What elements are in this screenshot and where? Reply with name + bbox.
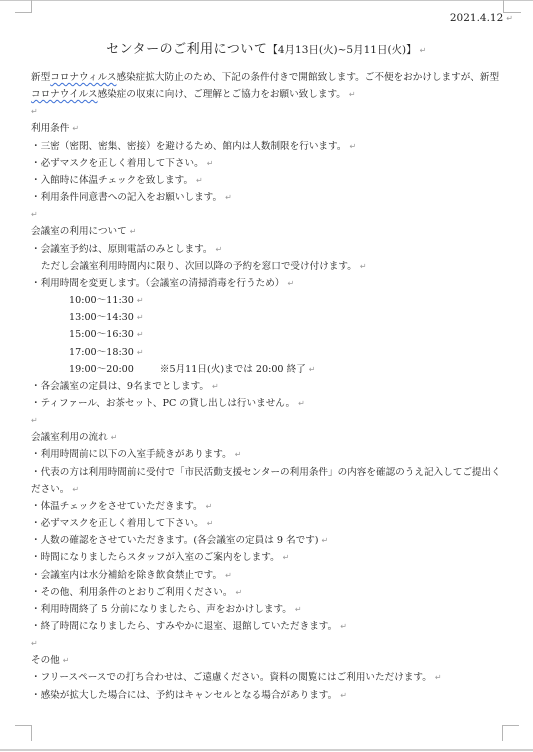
paragraph-mark-icon: ↵: [130, 227, 137, 236]
date-text: 2021.4.12: [450, 12, 503, 24]
list-item-text: ・会議室内は水分補給を除き飲食禁止です。: [31, 570, 222, 581]
time-slot-text: 13:00～14:30: [69, 312, 134, 323]
heading-text: 利用条件: [31, 123, 69, 134]
intro-line-2: コロナウイルス感染症の収束に向け、ご理解とご協力をお願い致します。↵: [31, 86, 511, 103]
list-item: ・必ずマスクを正しく着用して下さい。↵: [31, 515, 511, 532]
time-slot-text: 15:00～16:30: [69, 329, 134, 340]
paragraph-mark-icon: ↵: [137, 313, 144, 322]
list-item-text: ・ティファール、お茶セット、PC の貸し出しは行いません。: [31, 398, 295, 409]
paragraph-mark-icon: ↵: [212, 382, 219, 391]
blank-line: ↵: [31, 103, 511, 120]
list-item: ・会議室内は水分補給を除き飲食禁止です。↵: [31, 567, 511, 584]
time-slot: 17:00～18:30↵: [31, 344, 511, 361]
paragraph-mark-icon: ↵: [349, 142, 356, 151]
list-item-text: ・会議室予約は、原則電話のみとします。: [31, 244, 213, 255]
page-bottom-edge: [0, 749, 533, 751]
list-item-text: ・利用時間前に以下の入室手続きがあります。: [31, 449, 232, 460]
page-top-edge: [0, 0, 533, 1]
list-item-text: ・その他、利用条件のとおりご利用ください。: [31, 587, 232, 598]
paragraph-mark-icon: ↵: [206, 502, 213, 511]
paragraph-mark-icon: ↵: [295, 605, 302, 614]
paragraph-mark-icon: ↵: [225, 571, 232, 580]
paragraph-mark-icon: ↵: [207, 519, 214, 528]
document-date: 2021.4.12↵: [450, 12, 513, 24]
paragraph-mark-icon: ↵: [349, 90, 356, 99]
list-item-text: ・各会議室の定員は、9名までとします。: [31, 381, 209, 392]
paragraph-mark-icon: ↵: [340, 622, 347, 631]
paragraph-mark-icon: ↵: [196, 176, 203, 185]
paragraph-mark-icon: ↵: [137, 330, 144, 339]
section-heading-meeting-room: 会議室の利用について↵: [31, 223, 511, 240]
time-slot-text: 10:00～11:30: [69, 295, 134, 306]
list-item-text: ・必ずマスクを正しく着用して下さい。: [31, 518, 204, 529]
list-item-text: ・入館時に体温チェックを致します。: [31, 175, 193, 186]
list-item: ・人数の確認をさせていただきます。(各会議室の定員は 9 名です)↵: [31, 532, 511, 549]
list-item: ・三密（密閉、密集、密接）を避けるため、館内は人数制限を行います。↵: [31, 138, 511, 155]
paragraph-mark-icon: ↵: [298, 399, 305, 408]
list-item: ・入館時に体温チェックを致します。↵: [31, 172, 511, 189]
paragraph-mark-icon: ↵: [506, 14, 513, 23]
list-item: ・利用時間前に以下の入室手続きがあります。↵: [31, 446, 511, 463]
list-item-text: ・時間になりましたらスタッフが入室のご案内をします。: [31, 552, 280, 563]
list-item-text: ・終了時間になりましたら、すみやかに退室、退館していただきます。: [31, 621, 337, 632]
list-item-text: ・感染が拡大した場合には、予約はキャンセルとなる場合があります。: [31, 690, 337, 701]
section-heading-flow: 会議室利用の流れ↵: [31, 429, 511, 446]
time-slot-text: 17:00～18:30: [69, 347, 134, 358]
heading-text: その他: [31, 655, 60, 666]
paragraph-mark-icon: ↵: [72, 485, 79, 494]
heading-text: 会議室利用の流れ: [31, 432, 108, 443]
list-item: ・利用条件同意書への記入をお願いします。↵: [31, 189, 511, 206]
list-item: ・フリースペースでの打ち合わせは、ご遠慮ください。資料の閲覧にはご利用いただけま…: [31, 669, 511, 686]
crop-mark-bottom-right: [502, 725, 519, 741]
list-item: ・感染が拡大した場合には、予約はキャンセルとなる場合があります。↵: [31, 687, 511, 704]
document-title: センターのご利用について【4月13日(火)~5月11日(火)】↵: [0, 38, 533, 57]
list-item-text: ・代表の方は利用時間前に受付で「市民活動支援センターの利用条件」の内容を確認のう…: [31, 467, 501, 478]
paragraph-mark-icon: ↵: [216, 245, 223, 254]
spellcheck-flagged-word[interactable]: コロナウイルス: [31, 89, 98, 100]
section-heading-conditions: 利用条件↵: [31, 120, 511, 137]
spellcheck-flagged-word[interactable]: コロナウィルス: [50, 72, 116, 83]
list-item: ・その他、利用条件のとおりご利用ください。↵: [31, 584, 511, 601]
paragraph-mark-icon: ↵: [235, 450, 242, 459]
paragraph-mark-icon: ↵: [137, 296, 144, 305]
time-slot: 13:00～14:30↵: [31, 309, 511, 326]
list-item-continuation: ださい。↵: [31, 481, 511, 498]
document-body[interactable]: 新型コロナウィルス感染症拡大防止のため、下記の条件付きで開館致します。ご不便をお…: [31, 69, 511, 704]
time-slot-note: ※5月11日(火)までは 20:00 終了: [160, 364, 306, 375]
paragraph-mark-icon: ↵: [31, 107, 38, 116]
list-item-text: ・必ずマスクを正しく着用して下さい。: [31, 158, 204, 169]
paragraph-mark-icon: ↵: [72, 124, 79, 133]
list-item: ・終了時間になりましたら、すみやかに退室、退館していただきます。↵: [31, 618, 511, 635]
list-item-text: ・体温チェックをさせていただきます。: [31, 501, 203, 512]
paragraph-mark-icon: ↵: [283, 553, 290, 562]
paragraph-mark-icon: ↵: [435, 673, 442, 682]
paragraph-mark-icon: ↵: [287, 279, 294, 288]
heading-text: 会議室の利用について: [31, 226, 127, 237]
list-item: ・各会議室の定員は、9名までとします。↵: [31, 378, 511, 395]
intro-text: 新型: [31, 72, 50, 83]
intro-text: 感染症拡大防止のため、下記の条件付きで開館致します。ご不便をおかけしますが、新型: [116, 72, 499, 83]
list-item-text: ・フリースペースでの打ち合わせは、ご遠慮ください。資料の閲覧にはご利用いただけま…: [31, 672, 432, 683]
list-item-note: ただし会議室利用時間内に限り、次回以降の予約を窓口で受け付けます。↵: [31, 258, 511, 275]
list-item-text: ・人数の確認をさせていただきます。(各会議室の定員は 9 名です): [31, 535, 319, 546]
list-item: ・必ずマスクを正しく着用して下さい。↵: [31, 155, 511, 172]
paragraph-mark-icon: ↵: [360, 262, 367, 271]
list-item-text: ・利用条件同意書への記入をお願いします。: [31, 192, 222, 203]
list-item-text: ・利用時間終了 5 分前になりましたら、声をおかけします。: [31, 604, 292, 615]
paragraph-mark-icon: ↵: [63, 656, 70, 665]
title-date-range: 【4月13日(火)~5月11日(火)】: [267, 44, 416, 56]
paragraph-mark-icon: ↵: [420, 46, 427, 55]
title-main: センターのご利用について: [106, 42, 267, 57]
section-heading-other: その他↵: [31, 652, 511, 669]
list-item-text: ・三密（密閉、密集、密接）を避けるため、館内は人数制限を行います。: [31, 141, 346, 152]
intro-line-1: 新型コロナウィルス感染症拡大防止のため、下記の条件付きで開館致します。ご不便をお…: [31, 69, 511, 86]
intro-text: 感染症の収束に向け、ご理解とご協力をお願い致します。: [98, 89, 346, 100]
time-slot: 10:00～11:30↵: [31, 292, 511, 309]
time-slot: 19:00～20:00※5月11日(火)までは 20:00 終了↵: [31, 361, 511, 378]
paragraph-mark-icon: ↵: [111, 433, 118, 442]
blank-line: ↵: [31, 412, 511, 429]
list-item: ・時間になりましたらスタッフが入室のご案内をします。↵: [31, 549, 511, 566]
paragraph-mark-icon: ↵: [31, 210, 38, 219]
crop-mark-bottom-left: [15, 725, 32, 741]
list-item-text: ださい。: [31, 484, 69, 495]
list-item: ・代表の方は利用時間前に受付で「市民活動支援センターの利用条件」の内容を確認のう…: [31, 464, 511, 481]
list-item: ・体温チェックをさせていただきます。↵: [31, 498, 511, 515]
paragraph-mark-icon: ↵: [207, 159, 214, 168]
list-item: ・会議室予約は、原則電話のみとします。↵: [31, 241, 511, 258]
time-slot-text: 19:00～20:00: [69, 364, 134, 375]
blank-line: ↵: [31, 635, 511, 652]
paragraph-mark-icon: ↵: [31, 416, 38, 425]
paragraph-mark-icon: ↵: [235, 588, 242, 597]
blank-line: ↵: [31, 206, 511, 223]
crop-mark-top-left: [15, 0, 32, 13]
list-item-text: ・利用時間を変更します。（会議室の清掃消毒を行うため）: [31, 278, 284, 289]
paragraph-mark-icon: ↵: [137, 348, 144, 357]
paragraph-mark-icon: ↵: [31, 639, 38, 648]
paragraph-mark-icon: ↵: [340, 691, 347, 700]
list-item-text: ただし会議室利用時間内に限り、次回以降の予約を窓口で受け付けます。: [41, 261, 357, 272]
list-item: ・利用時間終了 5 分前になりましたら、声をおかけします。↵: [31, 601, 511, 618]
paragraph-mark-icon: ↵: [322, 536, 329, 545]
time-slot: 15:00～16:30↵: [31, 326, 511, 343]
paragraph-mark-icon: ↵: [225, 193, 232, 202]
list-item: ・利用時間を変更します。（会議室の清掃消毒を行うため）↵: [31, 275, 511, 292]
list-item: ・ティファール、お茶セット、PC の貸し出しは行いません。↵: [31, 395, 511, 412]
paragraph-mark-icon: ↵: [309, 365, 316, 374]
